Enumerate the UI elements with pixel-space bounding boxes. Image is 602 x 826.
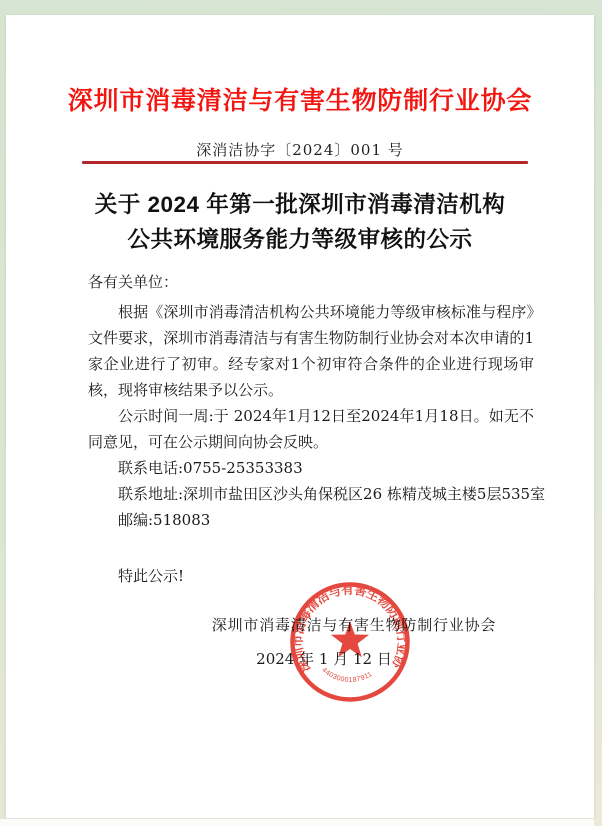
greeting-line: 各有关单位： xyxy=(88,269,534,295)
contact-address-line: 联系地址:深圳市盐田区沙头角保税区26 栋精茂城主楼5层535室 xyxy=(88,481,534,507)
contact-phone-line: 联系电话:0755-25353383 xyxy=(88,455,534,481)
announcement-title-line2: 公共环境服务能力等级审核的公示 xyxy=(6,222,594,257)
red-divider-rule xyxy=(82,161,528,164)
paragraph-publicity-period: 公示时间一周:于 2024年1月12日至2024年1月18日。如无不同意见，可在… xyxy=(88,403,534,455)
scan-bottom-edge xyxy=(0,818,594,826)
seal-ring-text: 深圳市消毒清洁与有害生物防制行业协会 xyxy=(285,577,410,675)
document-page: 深圳市消毒清洁与有害生物防制行业协会 深消洁协字〔2024〕001 号 关于 2… xyxy=(6,15,594,818)
announcement-body: 各有关单位： 根据《深圳市消毒清洁机构公共环境能力等级审核标准与程序》文件要求，… xyxy=(88,269,534,533)
paragraph-basis: 根据《深圳市消毒清洁机构公共环境能力等级审核标准与程序》文件要求，深圳市消毒清洁… xyxy=(88,299,534,403)
association-title: 深圳市消毒清洁与有害生物防制行业协会 xyxy=(6,87,594,115)
announcement-title-line1: 关于 2024 年第一批深圳市消毒清洁机构 xyxy=(6,187,594,222)
seal-star-icon xyxy=(331,621,369,657)
official-seal: 深圳市消毒清洁与有害生物防制行业协会 4403000187911 xyxy=(285,577,415,707)
announcement-title: 关于 2024 年第一批深圳市消毒清洁机构 公共环境服务能力等级审核的公示 xyxy=(6,187,594,257)
seal-serial-number: 4403000187911 xyxy=(320,667,373,684)
document-number: 深消洁协字〔2024〕001 号 xyxy=(6,140,594,160)
postcode-line: 邮编:518083 xyxy=(88,507,534,533)
